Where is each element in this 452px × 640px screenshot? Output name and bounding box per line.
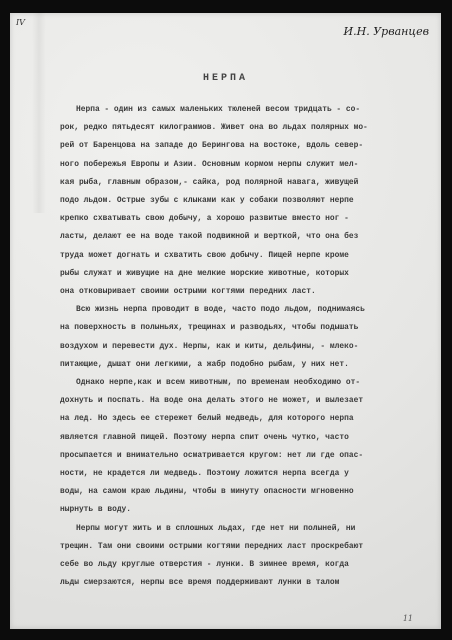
paragraph-1: Нерпа - один из самых маленьких тюленей … [60, 101, 412, 301]
paragraph-4: Нерпы могут жить и в сплошных льдах, где… [60, 520, 412, 593]
page-number: 11 [403, 614, 413, 623]
text-line: льды смерзаются, нерпы все время поддерж… [60, 574, 412, 592]
body-text: Нерпа - один из самых маленьких тюленей … [60, 101, 412, 592]
text-line: воды, на самом краю льдины, чтобы в мину… [60, 483, 412, 501]
text-line: ного побережья Европы и Азии. Основным к… [60, 156, 412, 174]
text-line: труда может догнать и схватить свою добы… [60, 247, 412, 265]
text-line: себе во льду круглые отверстия - лунки. … [60, 556, 412, 574]
text-line: является главной пищей. Поэтому нерпа сп… [60, 429, 412, 447]
text-line: Однако нерпе,как и всем животным, по вре… [60, 374, 412, 392]
text-line: рей от Баренцова на западе до Берингова … [60, 137, 412, 155]
text-line: нырнуть в воду. [60, 501, 412, 519]
author-signature: И.Н. Урванцев [344, 25, 429, 38]
text-line: дохнуть и поспать. На воде она делать эт… [60, 392, 412, 410]
text-line: рыбы служат и живущие на дне мелкие морс… [60, 265, 412, 283]
text-line: трещин. Там они своими острыми когтями п… [60, 538, 412, 556]
corner-mark: IV [16, 18, 25, 27]
text-line: на поверхность в полыньях, трещинах и ра… [60, 319, 412, 337]
typewritten-page: IV И.Н. Урванцев НЕРПА Нерпа - один из с… [10, 13, 441, 629]
text-line: на лед. Но здесь ее стережет белый медве… [60, 410, 412, 428]
text-line: она отковыривает своими острыми когтями … [60, 283, 412, 301]
text-line: Нерпа - один из самых маленьких тюленей … [60, 101, 412, 119]
text-line: крепко схватывать свою добычу, а хорошо … [60, 210, 412, 228]
text-line: подо льдом. Острые зубы с клыками как у … [60, 192, 412, 210]
text-line: ласты, делают ее на воде такой подвижной… [60, 228, 412, 246]
text-line: ности, не крадется ли медведь. Поэтому л… [60, 465, 412, 483]
paragraph-2: Всю жизнь нерпа проводит в воде, часто п… [60, 301, 412, 374]
text-line: воздухом и перевести дух. Нерпы, как и к… [60, 338, 412, 356]
text-line: рок, редко пятьдесят килограммов. Живет … [60, 119, 412, 137]
text-line: питающие, дышат они легкими, а жабр подо… [60, 356, 412, 374]
paragraph-3: Однако нерпе,как и всем животным, по вре… [60, 374, 412, 520]
text-line: просыпается и внимательно осматривается … [60, 447, 412, 465]
paper-fold [32, 13, 46, 213]
text-line: кая рыба, главным образом,- сайка, род п… [60, 174, 412, 192]
text-line: Нерпы могут жить и в сплошных льдах, где… [60, 520, 412, 538]
text-line: Всю жизнь нерпа проводит в воде, часто п… [60, 301, 412, 319]
page-title: НЕРПА [10, 73, 441, 84]
